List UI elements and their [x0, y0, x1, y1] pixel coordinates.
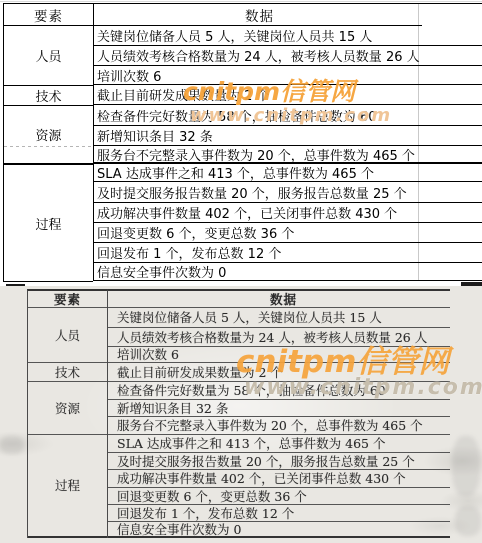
table-row: 检查备件完好数量为 58 个，抽检备件总数为 60	[108, 382, 450, 400]
factor-column: 要素 人员 技术 资源 过程	[3, 3, 93, 282]
excel-kpi-table: 要素 人员 技术 资源 过程 数据 关键岗位储备人员 5 人，关键岗位人员共 1…	[3, 3, 482, 281]
table-row: 及时提交服务报告数量 20 个，服务报告总数量 25 个	[108, 453, 450, 470]
table-row: 服务台不完整录入事件数为 20 个，总事件数为 465 个	[108, 417, 450, 435]
factor-column: 要素 人员 技术 资源 过程	[27, 289, 107, 538]
data-column: 数据 关键岗位储备人员 5 人，关键岗位人员共 15 人 人员绩效考核合格数量为…	[107, 289, 450, 538]
table-row: 检查备件完好数量为 58 个，抽检备件总数为 60	[94, 105, 482, 126]
table-row: 人员绩效考核合格数量为 24 人，被考核人员数量 26 人	[94, 46, 482, 66]
scan-smudge	[452, 436, 480, 496]
table-row: 人员绩效考核合格数量为 24 人，被考核人员数量 26 人	[108, 328, 450, 347]
table-row: 关键岗位储备人员 5 人，关键岗位人员共 15 人	[108, 308, 450, 328]
table-row: 新增知识条目 32 条	[94, 126, 482, 146]
table-row: 培训次数 6	[108, 347, 450, 363]
table-row: 截止目前研发成果数量为 2 个	[108, 363, 450, 382]
table-row: 服务台不完整录入事件数为 20 个，总事件数为 465 个	[94, 146, 482, 164]
section-process: 过程	[28, 435, 107, 538]
excel-gridline	[4, 146, 94, 147]
factor-header-cell: 要素	[28, 291, 107, 308]
data-header-cell: 数据	[108, 291, 450, 308]
section-personnel: 人员	[28, 308, 107, 363]
excel-screenshot-region: 要素 人员 技术 资源 过程 数据 关键岗位储备人员 5 人，关键岗位人员共 1…	[0, 0, 482, 286]
table-row: SLA 达成事件之和 413 个，总事件数为 465 个	[94, 164, 482, 182]
table-row: 回退变更数 6 个，变更总数 36 个	[108, 488, 450, 505]
section-resources: 资源	[4, 106, 93, 165]
table-row: 关键岗位储备人员 5 人，关键岗位人员共 15 人	[94, 25, 482, 46]
table-row: 回退发布 1 个，发布总数 12 个	[108, 505, 450, 522]
table-row: 及时提交服务报告数量 20 个，服务报告总数量 25 个	[94, 182, 482, 203]
section-technology: 技术	[28, 363, 107, 382]
scan-smudge	[0, 436, 24, 454]
factor-header-cell: 要素	[4, 4, 93, 26]
table-row: 成功解决事件数量 402 个，已关闭事件总数 430 个	[108, 470, 450, 488]
section-personnel: 人员	[4, 26, 93, 86]
table-row: 新增知识条目 32 条	[108, 400, 450, 417]
table-row: 信息安全事件次数为 0	[94, 263, 482, 281]
scan-artifact-right	[461, 282, 482, 286]
table-row: 培训次数 6	[94, 66, 482, 85]
table-row: SLA 达成事件之和 413 个，总事件数为 465 个	[108, 435, 450, 453]
table-row: 回退变更数 6 个，变更总数 36 个	[94, 223, 482, 243]
table-row: 信息安全事件次数为 0	[108, 522, 450, 538]
section-technology: 技术	[4, 86, 93, 106]
table-row: 回退发布 1 个，发布总数 12 个	[94, 243, 482, 263]
scan-smudge	[455, 506, 481, 536]
scanned-page-region: 要素 人员 技术 资源 过程 数据 关键岗位储备人员 5 人，关键岗位人员共 1…	[0, 286, 482, 543]
section-resources: 资源	[28, 382, 107, 435]
spacer	[94, 4, 482, 25]
excel-gridline	[0, 1, 482, 2]
data-column: 数据 关键岗位储备人员 5 人，关键岗位人员共 15 人 人员绩效考核合格数量为…	[93, 3, 482, 281]
table-row: 截止目前研发成果数量为 2 个	[94, 85, 482, 105]
scanned-kpi-table: 要素 人员 技术 资源 过程 数据 关键岗位储备人员 5 人，关键岗位人员共 1…	[27, 289, 452, 538]
section-process: 过程	[4, 165, 93, 282]
table-row: 成功解决事件数量 402 个，已关闭事件总数 430 个	[94, 203, 482, 223]
screen: 要素 人员 技术 资源 过程 数据 关键岗位储备人员 5 人，关键岗位人员共 1…	[0, 0, 482, 543]
